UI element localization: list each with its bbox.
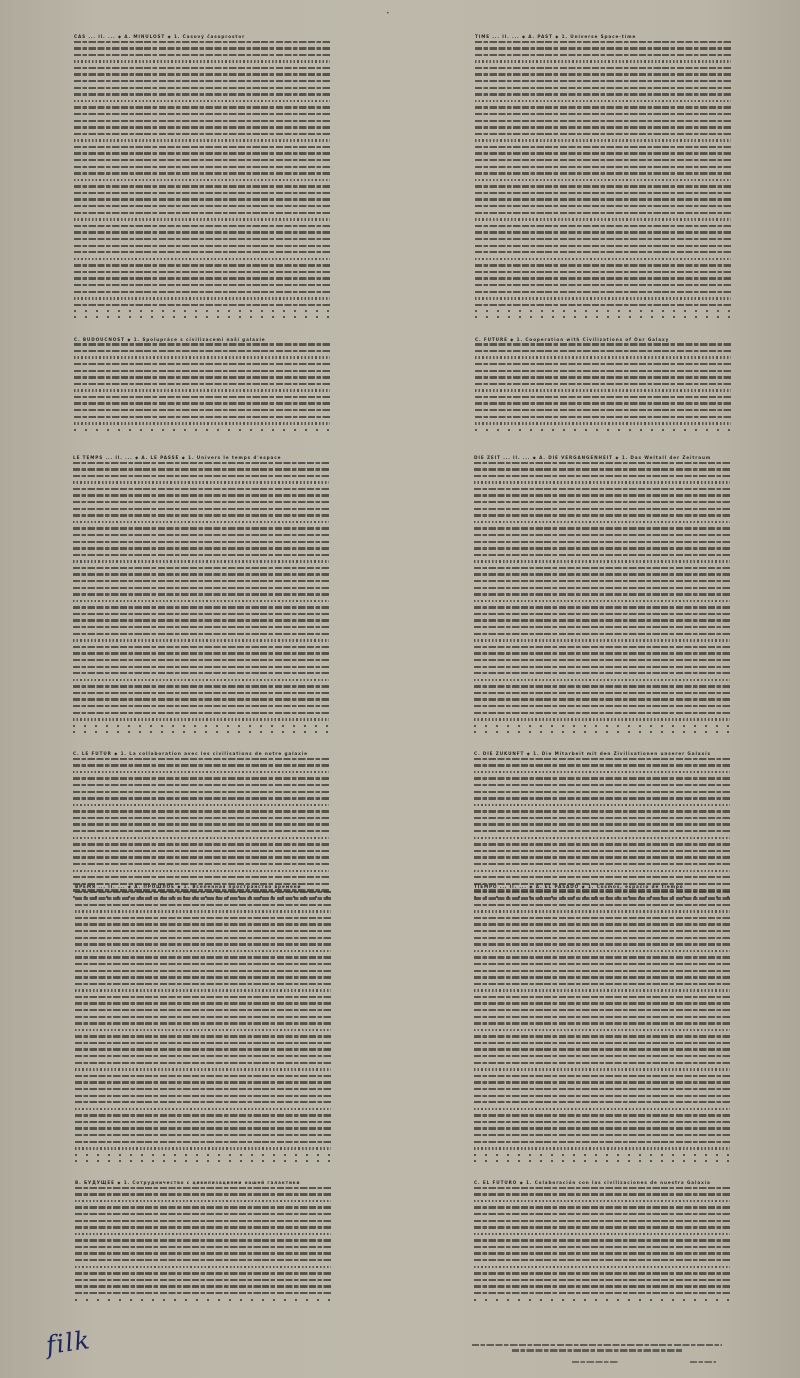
body-text-line [73, 514, 329, 516]
body-text-line [474, 521, 730, 523]
body-text-line [75, 1220, 331, 1222]
body-text-line [75, 1127, 331, 1129]
past-heading: ČAS ... II. ... ◆ A. MINULOST ◆ 1. Časov… [74, 34, 330, 41]
body-text-line [475, 356, 731, 358]
body-text-line [474, 1048, 730, 1050]
body-text-line [75, 1101, 331, 1103]
body-text-line [75, 891, 331, 893]
body-text-line [74, 304, 330, 306]
body-text-line [75, 1022, 331, 1024]
body-text-line [73, 725, 329, 727]
body-text-line [75, 1299, 331, 1301]
body-text-line [475, 198, 731, 200]
body-text-line [75, 976, 331, 978]
body-text-line [73, 567, 329, 569]
section-gap [73, 737, 329, 751]
body-text-line [474, 963, 730, 965]
body-text-line [75, 950, 331, 952]
body-text-line [73, 606, 329, 608]
body-text-line [75, 963, 331, 965]
body-text-line [74, 212, 330, 214]
body-text-line [475, 271, 731, 273]
body-text-line [474, 718, 730, 720]
body-text-line [474, 937, 730, 939]
body-text-line [75, 904, 331, 906]
body-text-line [74, 54, 330, 56]
body-text-line [73, 646, 329, 648]
body-text-line [474, 1016, 730, 1018]
future-heading: C. BUDOUCNOST ◆ 1. Spolupráce s civiliza… [74, 337, 330, 344]
body-text-line [73, 573, 329, 575]
body-text-line [75, 983, 331, 985]
body-text-line [474, 600, 730, 602]
body-text-line [75, 1154, 331, 1156]
body-text-line [73, 870, 329, 872]
body-text-line [475, 87, 731, 89]
body-text-line [75, 1095, 331, 1097]
body-text-line [474, 1200, 730, 1202]
body-text-line [475, 146, 731, 148]
body-text-line [75, 1075, 331, 1077]
body-text-line [474, 891, 730, 893]
body-text-line [474, 804, 730, 806]
body-text-line [73, 626, 329, 628]
body-text-line [475, 231, 731, 233]
body-text-line [75, 1187, 331, 1189]
body-text-line [74, 310, 330, 312]
body-text-line [74, 251, 330, 253]
body-text-line [73, 494, 329, 496]
body-text-line [474, 1141, 730, 1143]
body-text-line [73, 705, 329, 707]
body-text-line [475, 47, 731, 49]
body-text-line [474, 587, 730, 589]
body-text-line [73, 672, 329, 674]
body-text-line [474, 897, 730, 899]
body-text-line [73, 830, 329, 832]
body-text-line [73, 481, 329, 483]
body-text-line [75, 1266, 331, 1268]
body-text-line [74, 192, 330, 194]
body-text-line [73, 554, 329, 556]
body-text-line [74, 409, 330, 411]
body-text-line [74, 80, 330, 82]
body-text-line [74, 126, 330, 128]
body-text-line [73, 837, 329, 839]
body-text-line [474, 1022, 730, 1024]
body-text-line [73, 817, 329, 819]
body-text-line [73, 580, 329, 582]
body-text-line [75, 1292, 331, 1294]
body-text-line [474, 863, 730, 865]
body-text-line [474, 850, 730, 852]
body-text-line [474, 989, 730, 991]
body-text-line [74, 238, 330, 240]
body-text-line [73, 547, 329, 549]
body-text-line [74, 166, 330, 168]
body-text-line [475, 258, 731, 260]
body-text-line [475, 179, 731, 181]
body-text-line [475, 251, 731, 253]
body-text-line [75, 970, 331, 972]
body-text-line [475, 152, 731, 154]
body-text-line [474, 685, 730, 687]
body-text-line [475, 192, 731, 194]
body-text-line [74, 159, 330, 161]
body-text-line [474, 488, 730, 490]
past-heading: TIEMPO ... II. ... ◆ A. EL PASADO ◆ 1. C… [474, 884, 730, 891]
body-text-line [74, 113, 330, 115]
body-text-line [474, 1062, 730, 1064]
pin-mark: • [386, 10, 390, 17]
body-text-line [474, 1055, 730, 1057]
body-text-line [475, 120, 731, 122]
body-text-line [73, 593, 329, 595]
body-text-line [475, 80, 731, 82]
body-text-line [474, 983, 730, 985]
body-text-line [475, 106, 731, 108]
body-text-line [74, 376, 330, 378]
body-text-line [73, 718, 329, 720]
body-text-line [475, 41, 731, 43]
body-text-line [73, 468, 329, 470]
body-text-line [474, 606, 730, 608]
body-text-line [475, 277, 731, 279]
body-text-line [474, 1292, 730, 1294]
body-text-line [75, 1285, 331, 1287]
body-text-line [475, 245, 731, 247]
body-text-line [474, 771, 730, 773]
body-text-line [474, 560, 730, 562]
body-text-line [75, 910, 331, 912]
body-text-line [474, 856, 730, 858]
body-text-line [75, 1035, 331, 1037]
body-text-line [74, 271, 330, 273]
body-text-line [73, 587, 329, 589]
body-text-line [74, 218, 330, 220]
body-text-line [75, 1009, 331, 1011]
body-text-line [73, 692, 329, 694]
body-text-line [474, 1246, 730, 1248]
body-text-line [75, 1279, 331, 1281]
body-text-line [474, 475, 730, 477]
body-text-line [474, 810, 730, 812]
body-text-line [474, 1252, 730, 1254]
body-text-line [73, 777, 329, 779]
body-text-line [74, 93, 330, 95]
future-heading: C. DIE ZUKUNFT ◆ 1. Die Mitarbeit mit de… [474, 751, 730, 758]
body-text-line [474, 996, 730, 998]
body-text-line [475, 422, 731, 424]
body-text-line [474, 1279, 730, 1281]
body-text-line [73, 619, 329, 621]
body-text-line [474, 547, 730, 549]
future-heading: B. БУДУЩЕЕ ◆ 1. Сотрудничество с цивилиз… [75, 1180, 331, 1187]
body-text-line [74, 60, 330, 62]
body-text-line [474, 1029, 730, 1031]
body-text-line [475, 185, 731, 187]
body-text-line [74, 172, 330, 174]
body-text-line [474, 468, 730, 470]
body-text-line [474, 1193, 730, 1195]
body-text-line [73, 797, 329, 799]
body-text-line [474, 1068, 730, 1070]
body-text-line [74, 363, 330, 365]
body-text-line [475, 113, 731, 115]
body-text-line [75, 897, 331, 899]
section-gap [74, 323, 330, 337]
body-text-line [474, 758, 730, 760]
body-text-line [475, 389, 731, 391]
past-heading: ВРЕМЯ ... II. ... ◆ A. ПРОШЛОЕ ◆ 1. Всел… [75, 884, 331, 891]
body-text-line [474, 843, 730, 845]
text-block-spanish: TIEMPO ... II. ... ◆ A. EL PASADO ◆ 1. C… [474, 884, 730, 1305]
body-text-line [74, 41, 330, 43]
body-text-line [475, 225, 731, 227]
body-text-line [474, 1259, 730, 1261]
body-text-line [73, 652, 329, 654]
colophon-credits-line-2 [512, 1349, 682, 1351]
body-text-line [74, 185, 330, 187]
body-text-line [73, 613, 329, 615]
body-text-line [75, 956, 331, 958]
text-block-french: LE TEMPS ... II. ... ◆ A. LE PASSÉ ◆ 1. … [73, 455, 329, 902]
body-text-line [474, 910, 730, 912]
body-text-line [75, 1048, 331, 1050]
body-text-line [73, 863, 329, 865]
body-text-line [74, 87, 330, 89]
section-gap [474, 1166, 730, 1180]
body-text-line [474, 567, 730, 569]
body-text-line [74, 356, 330, 358]
body-text-line [74, 370, 330, 372]
body-text-line [75, 1233, 331, 1235]
body-text-line [73, 784, 329, 786]
body-text-line [73, 679, 329, 681]
body-text-line [474, 917, 730, 919]
body-text-line [474, 876, 730, 878]
body-text-line [475, 376, 731, 378]
handwritten-signature: filk [44, 1325, 92, 1360]
past-heading: LE TEMPS ... II. ... ◆ A. LE PASSÉ ◆ 1. … [73, 455, 329, 462]
body-text-line [74, 47, 330, 49]
body-text-line [474, 1154, 730, 1156]
body-text-line [75, 1246, 331, 1248]
body-text-line [474, 626, 730, 628]
body-text-line [474, 1233, 730, 1235]
body-text-line [475, 238, 731, 240]
body-text-line [474, 672, 730, 674]
body-text-line [474, 823, 730, 825]
body-text-line [74, 383, 330, 385]
body-text-line [74, 297, 330, 299]
text-block-czech: ČAS ... II. ... ◆ A. MINULOST ◆ 1. Časov… [74, 34, 330, 435]
body-text-line [474, 514, 730, 516]
body-text-line [474, 923, 730, 925]
body-text-line [474, 619, 730, 621]
body-text-line [74, 396, 330, 398]
body-text-line [475, 60, 731, 62]
body-text-line [74, 133, 330, 135]
body-text-line [475, 291, 731, 293]
section-gap [474, 737, 730, 751]
body-text-line [474, 646, 730, 648]
body-text-line [73, 876, 329, 878]
body-text-line [75, 1055, 331, 1057]
body-text-line [475, 205, 731, 207]
body-text-line [475, 416, 731, 418]
body-text-line [75, 1134, 331, 1136]
body-text-line [474, 943, 730, 945]
body-text-line [74, 73, 330, 75]
body-text-line [73, 771, 329, 773]
body-text-line [474, 1147, 730, 1149]
body-text-line [475, 363, 731, 365]
body-text-line [474, 534, 730, 536]
body-text-line [75, 930, 331, 932]
body-text-line [75, 917, 331, 919]
body-text-line [73, 527, 329, 529]
body-text-line [74, 198, 330, 200]
body-text-line [74, 106, 330, 108]
body-text-line [75, 1068, 331, 1070]
body-text-line [75, 996, 331, 998]
body-text-line [475, 409, 731, 411]
body-text-line [75, 1147, 331, 1149]
body-text-line [475, 212, 731, 214]
body-text-line [475, 172, 731, 174]
body-text-line [73, 501, 329, 503]
section-gap [75, 1166, 331, 1180]
body-text-line [475, 304, 731, 306]
body-text-line [474, 725, 730, 727]
body-text-line [75, 1114, 331, 1116]
body-text-line [75, 1088, 331, 1090]
body-text-line [75, 1252, 331, 1254]
body-text-line [474, 705, 730, 707]
future-heading: C. FUTURE ◆ 1. Cooperation with Civiliza… [475, 337, 731, 344]
body-text-line [474, 1095, 730, 1097]
body-text-line [474, 950, 730, 952]
body-text-line [75, 1108, 331, 1110]
body-text-line [475, 396, 731, 398]
body-text-line [474, 1114, 730, 1116]
body-text-line [73, 666, 329, 668]
future-heading: C. LE FUTUR ◆ 1. La collaboration avec l… [73, 751, 329, 758]
body-text-line [75, 1081, 331, 1083]
dotted-separator [474, 1160, 730, 1162]
dotted-separator [73, 731, 329, 733]
dotted-separator [475, 316, 731, 318]
body-text-line [74, 120, 330, 122]
body-text-line [474, 930, 730, 932]
body-text-line [475, 284, 731, 286]
body-text-line [74, 146, 330, 148]
body-text-line [475, 350, 731, 352]
body-text-line [474, 698, 730, 700]
body-text-line [73, 764, 329, 766]
body-text-line [75, 1239, 331, 1241]
body-text-line [475, 218, 731, 220]
body-text-line [475, 159, 731, 161]
body-text-line [474, 970, 730, 972]
body-text-line [75, 1200, 331, 1202]
future-heading: C. EL FUTURO ◆ 1. Colaboración con las c… [474, 1180, 730, 1187]
colophon-edition [572, 1361, 618, 1368]
body-text-line [475, 264, 731, 266]
body-text-line [75, 1121, 331, 1123]
body-text-line [475, 429, 731, 431]
body-text-line [475, 93, 731, 95]
body-text-line [474, 1042, 730, 1044]
body-text-line [74, 100, 330, 102]
body-text-line [75, 1029, 331, 1031]
body-text-line [474, 1101, 730, 1103]
body-text-line [474, 1134, 730, 1136]
body-text-line [73, 804, 329, 806]
body-text-line [74, 350, 330, 352]
body-text-line [73, 758, 329, 760]
body-text-line [474, 580, 730, 582]
body-text-line [474, 527, 730, 529]
body-text-line [75, 1002, 331, 1004]
colophon [472, 1344, 722, 1352]
body-text-line [74, 389, 330, 391]
body-text-line [73, 488, 329, 490]
body-text-line [73, 791, 329, 793]
body-text-line [75, 1259, 331, 1261]
body-text-line [73, 639, 329, 641]
body-text-line [74, 402, 330, 404]
body-text-line [73, 475, 329, 477]
body-text-line [474, 1108, 730, 1110]
body-text-line [74, 179, 330, 181]
body-text-line [75, 1213, 331, 1215]
body-text-line [474, 573, 730, 575]
body-text-line [474, 1206, 730, 1208]
past-heading: DIE ZEIT ... II. ... ◆ A. DIE VERGANGENH… [474, 455, 730, 462]
body-text-line [475, 54, 731, 56]
body-text-line [75, 1193, 331, 1195]
body-text-line [73, 850, 329, 852]
body-text-line [74, 139, 330, 141]
body-text-line [75, 1016, 331, 1018]
body-text-line [474, 837, 730, 839]
body-text-line [73, 810, 329, 812]
dotted-separator [74, 316, 330, 318]
body-text-line [475, 310, 731, 312]
body-text-line [474, 1127, 730, 1129]
body-text-line [73, 823, 329, 825]
body-text-line [74, 225, 330, 227]
body-text-line [73, 462, 329, 464]
body-text-line [474, 1220, 730, 1222]
body-text-line [474, 784, 730, 786]
body-text-line [75, 1206, 331, 1208]
body-text-line [474, 1239, 730, 1241]
body-text-line [74, 343, 330, 345]
body-text-line [474, 1272, 730, 1274]
body-text-line [475, 133, 731, 135]
body-text-line [73, 633, 329, 635]
body-text-line [75, 1226, 331, 1228]
body-text-line [73, 600, 329, 602]
body-text-line [474, 797, 730, 799]
past-heading: TIME ... II. ... ◆ A. PAST ◆ 1. Universe… [475, 34, 731, 41]
body-text-line [74, 422, 330, 424]
body-text-line [475, 100, 731, 102]
body-text-line [474, 791, 730, 793]
